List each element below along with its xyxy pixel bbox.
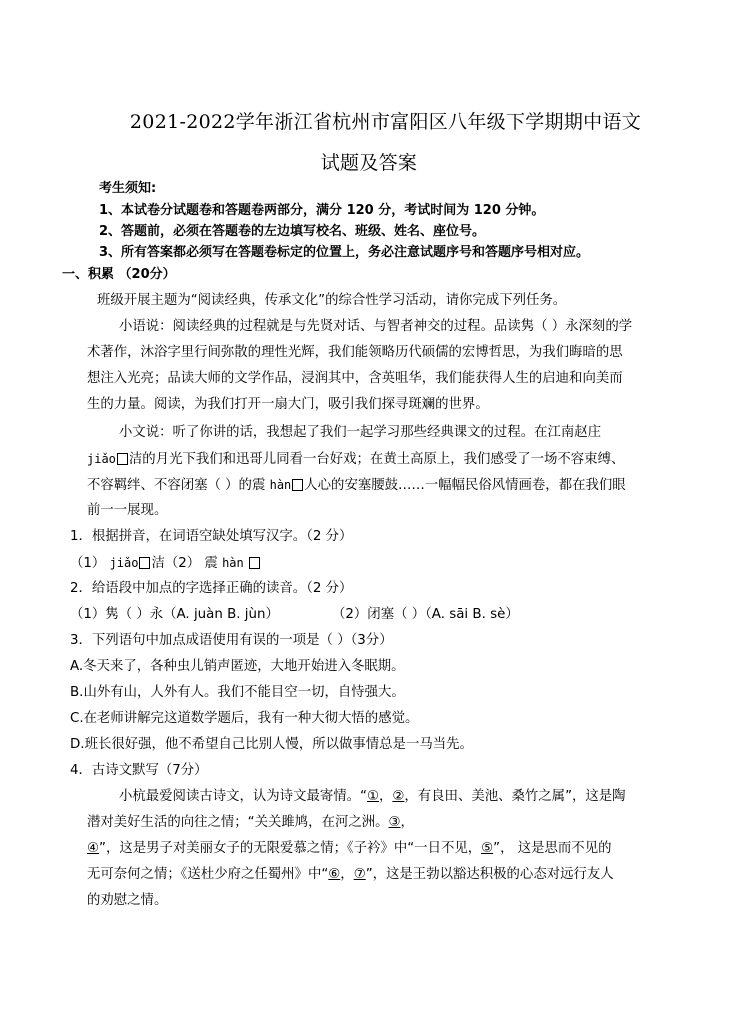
- blank-2: ②: [392, 789, 404, 804]
- blank-1: ①: [367, 789, 379, 804]
- blank-4: ④: [87, 841, 99, 856]
- q4-line1: 小杭最爱阅读古诗文，认为诗文最寄情。“①，②，有良田、美池、桑竹之属”，这是陶: [119, 788, 626, 806]
- notice-item-1: 1、本试卷分试题卷和答题卷两部分，满分 120 分，考试时间为 120 分钟。: [99, 202, 544, 220]
- para1-line3: 想注入光亮；品读大师的文学作品，浸润其中，含英咀华，我们能获得人生的启迪和向美而: [87, 370, 623, 388]
- para2-line3-rest: 人心的安塞腰鼓……一幅幅民俗风情画卷，都在我们眼: [304, 478, 625, 493]
- blank-box: [117, 453, 128, 465]
- para1-line1: 小语说：阅读经典的过程就是与先贤对话、与智者神交的过程。品读隽（ ）永深刻的学: [119, 318, 632, 336]
- q4-text: ”， 这是思而不见的: [493, 841, 611, 856]
- blank-6: ⑥: [328, 867, 340, 882]
- q4-line2: 潜对美好生活的向往之情；“关关雎鸠，在河之洲。③，: [87, 814, 414, 832]
- blank-box: [139, 557, 150, 569]
- document-title-line1: 2021-2022学年浙江省杭州市富阳区八年级下学期期中语文: [33, 107, 738, 134]
- blank-7: ⑦: [354, 867, 366, 882]
- question-2-stem: 2．给语段中加点的字选择正确的读音。（2 分）: [70, 580, 352, 598]
- blank-5: ⑤: [481, 841, 493, 856]
- para2-line2-text: 洁的月光下我们和迅哥儿同看一台好戏；在黄土高原上，我们感受了一场不容束缚、: [129, 452, 624, 467]
- q4-text: ”，这是王勃以豁达积极的心态对远行友人: [366, 867, 614, 882]
- notice-heading: 考生须知:: [99, 180, 156, 198]
- q1-item-suffix: 洁（2） 震: [151, 556, 222, 571]
- question-4-stem: 4．古诗文默写（7分）: [70, 762, 208, 780]
- q4-line3: ④”，这是男子对美丽女子的无限爱慕之情；《子衿》中“一日不见，⑤”， 这是思而不…: [87, 840, 611, 858]
- pinyin-jiao: jiǎo: [87, 452, 116, 466]
- q1-pinyin-jiao: jiǎo: [110, 556, 139, 570]
- q4-text: 潜对美好生活的向往之情；“关关雎鸠，在河之洲。: [87, 815, 389, 830]
- para2-line2: jiǎo洁的月光下我们和迅哥儿同看一台好戏；在黄土高原上，我们感受了一场不容束缚…: [87, 450, 624, 469]
- q4-text: ”，这是男子对美丽女子的无限爱慕之情；《子衿》中“一日不见，: [99, 841, 481, 856]
- document-title-line2: 试题及答案: [0, 148, 738, 175]
- question-1-items: （1） jiǎo洁（2） 震 hàn: [70, 554, 261, 573]
- blank-3: ③: [389, 815, 401, 830]
- para1-line4: 生的力量。阅读，为我们打开一扇大门，吸引我们探寻斑斓的世界。: [87, 396, 489, 414]
- q1-item1-label: （1）: [70, 556, 110, 571]
- blank-box: [249, 557, 260, 569]
- blank-box: [292, 479, 303, 491]
- notice-item-3: 3、所有答案都必须写在答题卷标定的位置上，务必注意试题序号和答题序号相对应。: [99, 244, 589, 262]
- q4-line4: 无可奈何之情；《送杜少府之任蜀州》中“⑥，⑦”，这是王勃以豁达积极的心态对远行友…: [87, 866, 614, 884]
- para2-line4: 前一一展现。: [87, 502, 167, 520]
- notice-item-2: 2、答题前，必须在答题卷的左边填写校名、班级、姓名、座位号。: [99, 223, 485, 241]
- pinyin-han: hàn: [270, 478, 292, 492]
- section-intro: 班级开展主题为“阅读经典，传承文化”的综合性学习活动，请你完成下列任务。: [97, 292, 566, 310]
- q4-text: ，: [340, 867, 353, 882]
- q4-text: ，有良田、美池、桑竹之属”，这是陶: [404, 789, 625, 804]
- question-3-option-d: D.班长很好强，他不希望自己比别人慢，所以做事情总是一马当先。: [70, 736, 473, 754]
- question-2-item1: （1）隽（ ）永（A. juàn B. jùn）: [70, 606, 279, 624]
- section-heading: 一、积累 （20分）: [62, 266, 176, 284]
- question-3-option-b: B.山外有山，人外有人。我们不能目空一切，自恃强大。: [70, 684, 405, 702]
- para1-line2: 术著作，沐浴字里行间弥散的理性光辉，我们能领略历代硕儒的宏博哲思，为我们晦暗的思: [87, 344, 623, 362]
- question-3-stem: 3．下列语句中加点成语使用有误的一项是（ ）（3分）: [70, 632, 393, 650]
- question-1-stem: 1．根据拼音，在词语空缺处填写汉字。（2 分）: [70, 528, 352, 546]
- question-2-item2: （2）闭塞（ ）（A. sāi B. sè）: [332, 606, 519, 624]
- para2-line3: 不容羁绊、不容闭塞（ ）的震 hàn人心的安塞腰鼓……一幅幅民俗风情画卷，都在我…: [87, 476, 626, 495]
- q1-pinyin-han: hàn: [222, 556, 244, 570]
- q4-text: ，: [401, 815, 414, 830]
- q4-text: 无可奈何之情；《送杜少府之任蜀州》中“: [87, 867, 328, 882]
- q4-line5: 的劝慰之情。: [87, 892, 167, 910]
- question-3-option-c: C.在老师讲解完这道数学题后，我有一种大彻大悟的感觉。: [70, 710, 418, 728]
- para2-line3-pre: 不容羁绊、不容闭塞（ ）的震: [87, 478, 270, 493]
- q4-text: ，: [379, 789, 392, 804]
- question-3-option-a: A.冬天来了，各种虫儿销声匿迹，大地开始进入冬眠期。: [70, 658, 405, 676]
- q4-text: 小杭最爱阅读古诗文，认为诗文最寄情。“: [119, 789, 367, 804]
- exam-page: 2021-2022学年浙江省杭州市富阳区八年级下学期期中语文 试题及答案 考生须…: [0, 0, 738, 1021]
- para2-line1: 小文说：听了你讲的话，我想起了我们一起学习那些经典课文的过程。在江南赵庄: [119, 424, 601, 442]
